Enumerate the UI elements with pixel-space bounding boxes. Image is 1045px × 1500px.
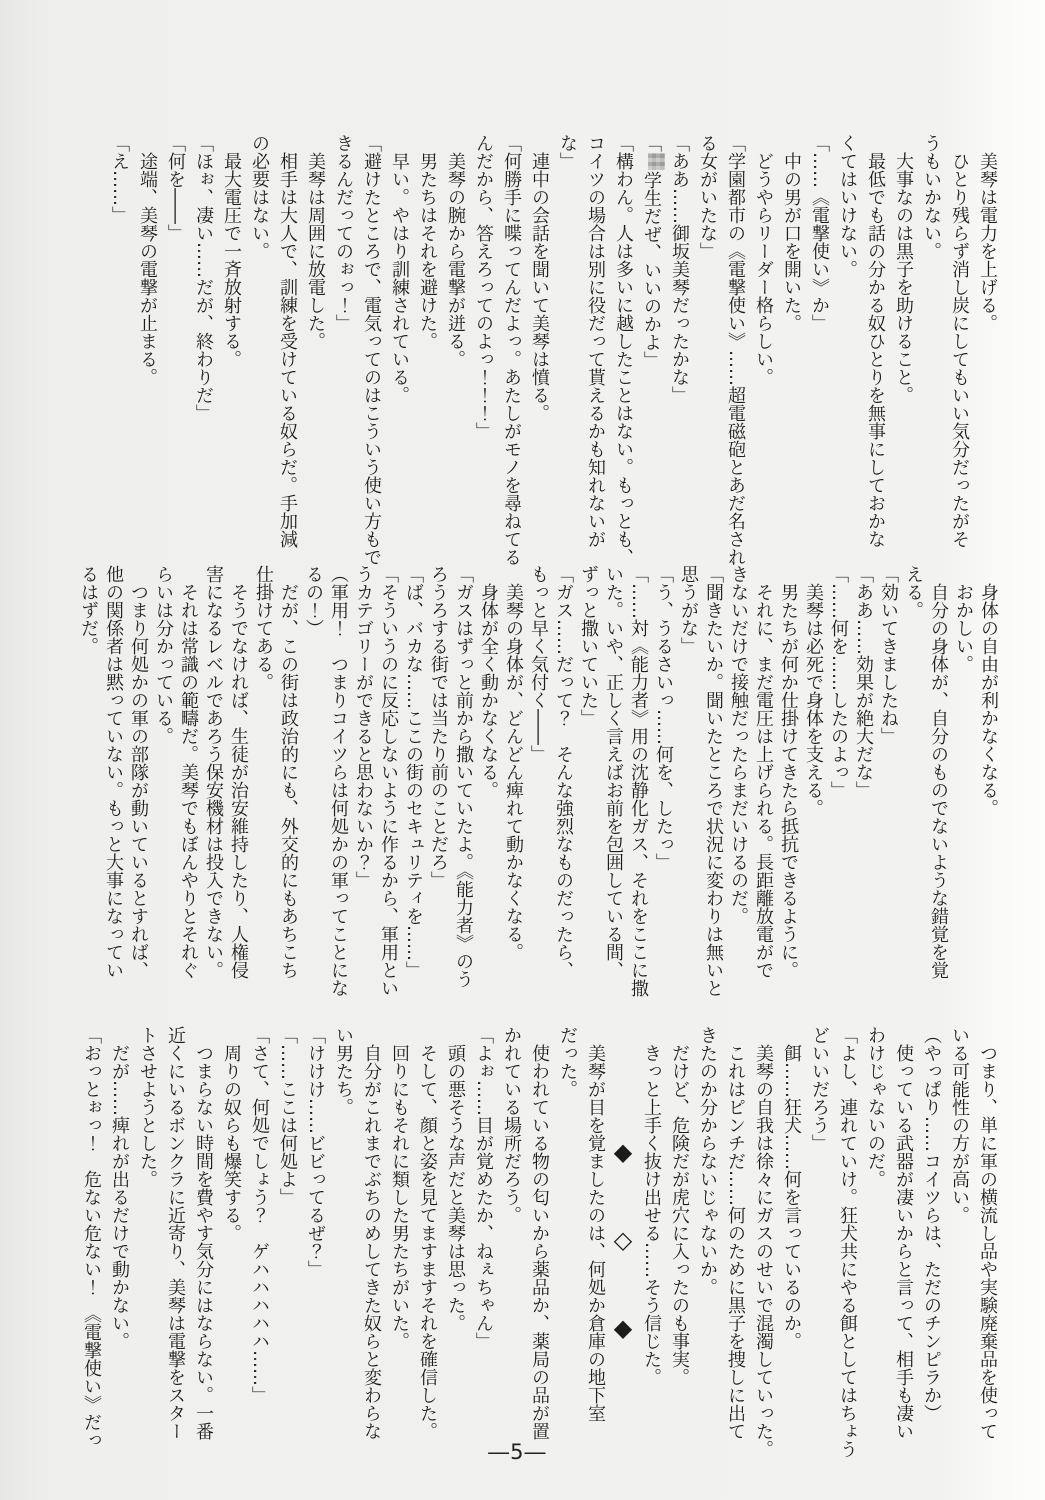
censored-block (648, 153, 665, 170)
text-line: 相手は大人で、訓練を受けている奴らだ。手加減 (273, 134, 301, 586)
text-line: 早い。やはり訓練されている。 (385, 134, 413, 586)
text-line: わけじゃないのだ。 (861, 1026, 889, 1478)
text-line: 身体の自由が利かなくなる。 (976, 565, 1001, 1019)
text-line: 最大電圧で一斉放射する。 (217, 134, 245, 586)
text-line: 「よし、連れていけ。狂犬共にやる餌としてはちょう (833, 1026, 861, 1478)
text-line: いた。いや、正しく言えばお前を包囲している間、 (601, 565, 626, 1019)
text-line: 「学生だぜ、いいのかよ」 (637, 134, 665, 586)
text-block-bottom: つまり、単に軍の横流し品や実験廃棄品を使っている可能性の方が高い。（やっぱり……… (77, 1026, 1001, 1478)
text-line: 自分の身体が、自分のものでないような錯覚を覚 (926, 565, 951, 1019)
text-line: 「ああ……御坂美琴だったかな」 (665, 134, 693, 586)
text-line: トさせようとした。 (133, 1026, 161, 1478)
text-line: つまらない時間を費やす気分にはならない。一番 (189, 1026, 217, 1478)
text-line: 「構わん。人は多いに越したことはない。もっとも、 (609, 134, 637, 586)
text-line: んだから、答えろってのよっ！！！」 (469, 134, 497, 586)
text-line: える。 (901, 565, 926, 1019)
text-line: 男たちはそれを避けた。 (413, 134, 441, 586)
text-line: それに、まだ電圧は上げられる。長距離放電がで (751, 565, 776, 1019)
text-line: かれている場所だろう。 (497, 1026, 525, 1478)
text-line: 周りの奴らも爆笑する。 (217, 1026, 245, 1478)
text-line: 「そういうのに反応しないように作るから、軍用とい (376, 565, 401, 1019)
text-line: 自分がこれまでぶちのめしてきた奴らと変わらな (357, 1026, 385, 1478)
text-line: 最低でも話の分かる奴ひとりを無事にしておかな (861, 134, 889, 586)
text-line: 美琴の腕から電撃が迸る。 (441, 134, 469, 586)
text-line: 身体が全く動かなくなる。 (476, 565, 501, 1019)
text-line: これはピンチだ……何のために黒子を捜しに出て (721, 1026, 749, 1478)
text-line: つまり何処かの軍の部隊が動いているとすれば、 (126, 565, 151, 1019)
text-line: 近くにいるボンクラに近寄り、美琴は電撃をスター (161, 1026, 189, 1478)
text-line: 「ほぉ、凄い……だが、終わりだ」 (189, 134, 217, 586)
text-line: 「さて、何処でしょう？ ゲハハハハハ……」 (245, 1026, 273, 1478)
text-line: 美琴が目を覚ましたのは、何処か倉庫の地下室 (581, 1026, 609, 1478)
text-line: 「ああ……効果が絶大だな」 (851, 565, 876, 1019)
text-line: 「聞きたいか。聞いたところで状況に変わりは無いと (701, 565, 726, 1019)
text-line: ずっと撒いていた」 (576, 565, 601, 1019)
text-line: 「何勝手に喋ってんだよっ。あたしがモノを尋ねてる (497, 134, 525, 586)
text-line: 「効いてきましたね」 (876, 565, 901, 1019)
text-line: ろうろする街では当たり前のことだろ」 (426, 565, 451, 1019)
text-line: 餌……狂犬……何を言っているのか。 (777, 1026, 805, 1478)
text-line: そうでなければ、生徒が治安維持したり、人権侵 (226, 565, 251, 1019)
text-line: 「ば、バカな……ここの街のセキュリティを……」 (401, 565, 426, 1019)
text-line: 連中の会話を聞いて美琴は憤る。 (525, 134, 553, 586)
text-line: 「……《電撃使い》か」 (805, 134, 833, 586)
text-line: 「……何を……したのよっ」 (826, 565, 851, 1019)
text-line: （軍用！ つまりコイツらは何処かの軍ってことにな (326, 565, 351, 1019)
text-line: くてはいけない。 (833, 134, 861, 586)
text-line: 「おっとぉっ！ 危ない危ない！ 《電撃使い》だっ (77, 1026, 105, 1478)
text-block-middle: 身体の自由が利かなくなる。 おかしい。 自分の身体が、自分のものでないような錯覚… (76, 565, 1001, 1019)
text-line: 頭の悪そうな声だと美琴は思った。 (441, 1026, 469, 1478)
text-line: いる可能性の方が高い。 (945, 1026, 973, 1478)
text-line: 男たちが何か仕掛けてきたら抵抗できるように。 (776, 565, 801, 1019)
text-line: 害になるレベルであろう保安機材は投入できない。 (201, 565, 226, 1019)
text-line: 「けけけ……ビビってるぜ？」 (301, 1026, 329, 1478)
text-line: だが、この街は政治的にも、外交的にもあちこち (276, 565, 301, 1019)
text-line: らいは分かっている。 (151, 565, 176, 1019)
text-line: （やっぱり……コイツらは、ただのチンピラか） (917, 1026, 945, 1478)
text-line: だった。 (553, 1026, 581, 1478)
text-line: コイツの場合は別に役だって貰えるかも知れないが (581, 134, 609, 586)
text-line: る女がいたな」 (693, 134, 721, 586)
text-line: 使っている武器が凄いからと言って、相手も凄い (889, 1026, 917, 1478)
text-line: 使われている物の匂いから薬品か、薬局の品が置 (525, 1026, 553, 1478)
text-line: ひとり残らず消し炭にしてもいい気分だったがそ (945, 134, 973, 586)
text-line: きっと上手く抜け出せる……そう信じた。 (637, 1026, 665, 1478)
text-line: 仕掛けてある。 (251, 565, 276, 1019)
text-line: 「う、うるさいっ……何を、したっ」 (651, 565, 676, 1019)
text-line: 「……対《能力者》用の沈静化ガス、それをここに撒 (626, 565, 651, 1019)
text-line: うカテゴリーができると思わないか？」 (351, 565, 376, 1019)
text-line: 「避けたところで、電気ってのはこういう使い方もで (357, 134, 385, 586)
scene-break-line: ◆ ◇ ◆ (609, 1026, 637, 1478)
text-line: つまり、単に軍の横流し品や実験廃棄品を使って (973, 1026, 1001, 1478)
text-line: い男たち。 (329, 1026, 357, 1478)
text-line: 「学園都市の《電撃使い》……超電磁砲とあだ名され (721, 134, 749, 586)
text-line: 大事なのは黒子を助けること。 (889, 134, 917, 586)
text-line: 他の関係者は黙っていない。もっと大事になってい (101, 565, 126, 1019)
text-line: そして、顔と姿を見てますますそれを確信した。 (413, 1026, 441, 1478)
text-line: うもいかない。 (917, 134, 945, 586)
text-line: るはずだ。 (76, 565, 101, 1019)
text-line: な」 (553, 134, 581, 586)
text-line: 「ガスはずっと前から撒いていたよ。《能力者》のう (451, 565, 476, 1019)
text-line: だけど、危険だが虎穴に入ったのも事実。 (665, 1026, 693, 1478)
text-line: 美琴の身体が、どんどん痺れて動かなくなる。 (501, 565, 526, 1019)
text-line: おかしい。 (951, 565, 976, 1019)
text-line: だが……痺れが出るだけで動かない。 (105, 1026, 133, 1478)
text-line: 思うがな」 (676, 565, 701, 1019)
doujin-novel-page: 美琴は電力を上げる。 ひとり残らず消し炭にしてもいい気分だったがそうもいかない。… (0, 0, 1045, 1500)
text-line: 「……ここは何処よ」 (273, 1026, 301, 1478)
text-line: 美琴は必死で身体を支える。 (801, 565, 826, 1019)
text-line: 美琴は電力を上げる。 (973, 134, 1001, 586)
text-line: 「よぉ……目が覚めたか、ねぇちゃん」 (469, 1026, 497, 1478)
text-line: それは常識の範疇だ。美琴でもぼんやりとそれぐ (176, 565, 201, 1019)
text-line: の必要はない。 (245, 134, 273, 586)
text-line: どいいだろう」 (805, 1026, 833, 1478)
page-number: ―5― (488, 1440, 546, 1464)
text-line: 回りにもそれに類した男たちがいた。 (385, 1026, 413, 1478)
text-line: 美琴の自我は徐々にガスのせいで混濁していった。 (749, 1026, 777, 1478)
text-line: どうやらリーダー格らしい。 (749, 134, 777, 586)
text-line: 美琴は周囲に放電した。 (301, 134, 329, 586)
text-line: 「何を――」 (161, 134, 189, 586)
text-line: 「え……」 (105, 134, 133, 586)
text-line: もっと早く気付く――」 (526, 565, 551, 1019)
text-line: るの！） (301, 565, 326, 1019)
text-line: きたのか分からないじゃないか。 (693, 1026, 721, 1478)
text-line: 途端、美琴の電撃が止まる。 (133, 134, 161, 586)
text-line: きるんだってのぉっ！」 (329, 134, 357, 586)
text-line: きないだけで接触だったらまだいけるのだ。 (726, 565, 751, 1019)
text-block-top: 美琴は電力を上げる。 ひとり残らず消し炭にしてもいい気分だったがそうもいかない。… (105, 134, 1001, 586)
text-line: 「ガス……だって？ そんな強烈なものだったら、 (551, 565, 576, 1019)
text-line: 中の男が口を開いた。 (777, 134, 805, 586)
